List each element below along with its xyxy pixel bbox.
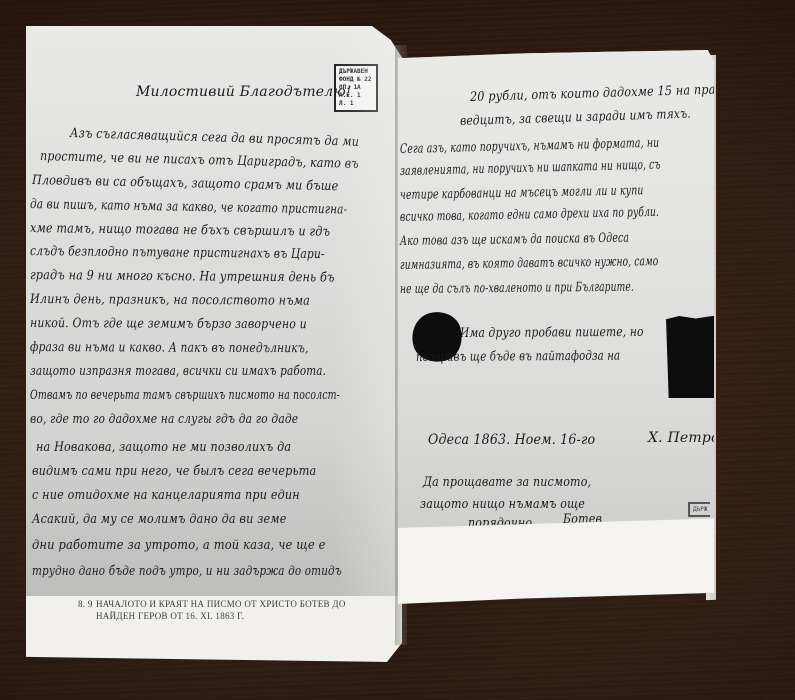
postscript-signature: Ботев (563, 512, 602, 527)
letter-line: Сега азъ, като поручихъ, нъмамъ ни форма… (400, 136, 659, 157)
stamp-line: ДЪРЖАВЕН (339, 68, 373, 76)
letter-line: позвравъ ще бъде въ пайтафодза на (416, 349, 620, 365)
letter-salutation: Милостивий Благодътелю! (136, 84, 352, 100)
right-book-page: 20 рубли, отъ които дадохме 15 на пра- в… (398, 50, 714, 604)
letter-line: хме тамъ, нищо тогава не бъхъ свършилъ и… (30, 221, 330, 240)
letter-line: да ви пишъ, като нъма за какво, че когат… (30, 197, 347, 218)
letter-line: слъдъ безплодно пътуване пристигнахъ въ … (30, 244, 325, 262)
letter-line: Илинъ день, празникъ, на посолството нъм… (30, 292, 310, 309)
letter-line: Пловдивъ ви са объщахъ, защото срамъ ми … (32, 173, 339, 194)
letter-line: Има друго пробави пишете, но (460, 325, 644, 341)
letter-line: 20 рубли, отъ които дадохме 15 на пра- (470, 82, 720, 105)
letter-line: фраза ви нъма и какво. А пакъ въ понедъл… (30, 340, 309, 356)
place-and-date: Одеса 1863. Ноем. 16-го (428, 432, 595, 448)
caption-line-1: НАЧАЛОТО И КРАЯТ НА ПИСМО ОТ ХРИСТО БОТЕ… (96, 599, 346, 609)
letter-line: четире карбованци на мъсецъ могли ли и к… (400, 183, 644, 203)
archive-stamp-partial: ДЪРЖ (688, 502, 710, 517)
letter-line: во, где то го дадохме на слугы гдъ да го… (30, 412, 298, 427)
letter-line: видимъ сами при него, че былъ сега вечер… (32, 464, 316, 479)
stamp-line: Л. 1 (339, 100, 373, 108)
figure-number: 8. 9 (78, 598, 96, 610)
archive-stamp: ДЪРЖАВЕН ФОНД № 22 ОП. 1А А.Е. 1 Л. 1 (334, 64, 378, 112)
letter-line: Азъ съгласяващийся сега да ви просятъ да… (70, 126, 359, 150)
letter-line: защото изпразня тогава, всички си имахъ … (30, 364, 326, 379)
postscript-line: защото нищо нъмамъ още (420, 497, 585, 512)
letter-line: никой. Отъ где ще земимъ бързо заворчено… (30, 316, 307, 332)
letter-line: не ще да сълъ по-хваленото и при Българи… (400, 280, 634, 297)
stamp-line: ФОНД № 22 (339, 76, 373, 84)
letter-line: ведцитъ, за свещи и заради имъ тяхъ. (460, 107, 691, 129)
caption-line-2: НАЙДЕН ГЕРОВ ОТ 16. XI. 1863 Г. (78, 610, 378, 622)
letter-line: всичко това, когато едни само дрехи иха … (400, 205, 659, 225)
letter-line: гимназията, въ която даватъ всичко нужно… (400, 254, 658, 273)
letter-line: градъ на 9 ни много късно. На утрешния д… (30, 268, 335, 285)
letter-line: Отвамъ по вечерьта тамъ свършихъ писмото… (30, 388, 340, 403)
letter-line: с ние отидохме на канцеларията при един (32, 488, 300, 503)
letter-photo-left: ДЪРЖАВЕН ФОНД № 22 ОП. 1А А.Е. 1 Л. 1 Ми… (26, 26, 402, 596)
postscript-line: Да прощавате за писмото, (423, 475, 591, 490)
stamp-line: ОП. 1А А.Е. 1 (339, 84, 373, 100)
letter-photo-right: 20 рубли, отъ които дадохме 15 на пра- в… (398, 50, 714, 528)
figure-caption: 8. 9НАЧАЛОТО И КРАЯТ НА ПИСМО ОТ ХРИСТО … (78, 598, 378, 622)
letter-line: Ако това азъ ще искамъ да поиска въ Одес… (400, 231, 629, 249)
letter-line: трудно дано бъде подъ утро, и ни задържа… (32, 564, 342, 579)
postscript-line: порядочно. (468, 516, 536, 531)
letter-line: Асакий, да му се молимъ дано да ви земе (32, 512, 286, 527)
letter-line: заявленията, ни поручихъ ни шапката ни н… (400, 158, 661, 179)
left-book-page: ДЪРЖАВЕН ФОНД № 22 ОП. 1А А.Е. 1 Л. 1 Ми… (26, 26, 402, 662)
letter-line: на Новакова, защото не ми позволихъ да (36, 440, 291, 455)
letter-line: простите, че ви не писахъ отъ Цариградъ,… (40, 149, 359, 172)
letter-line: дни работите за утрото, а той каза, че щ… (32, 538, 326, 553)
